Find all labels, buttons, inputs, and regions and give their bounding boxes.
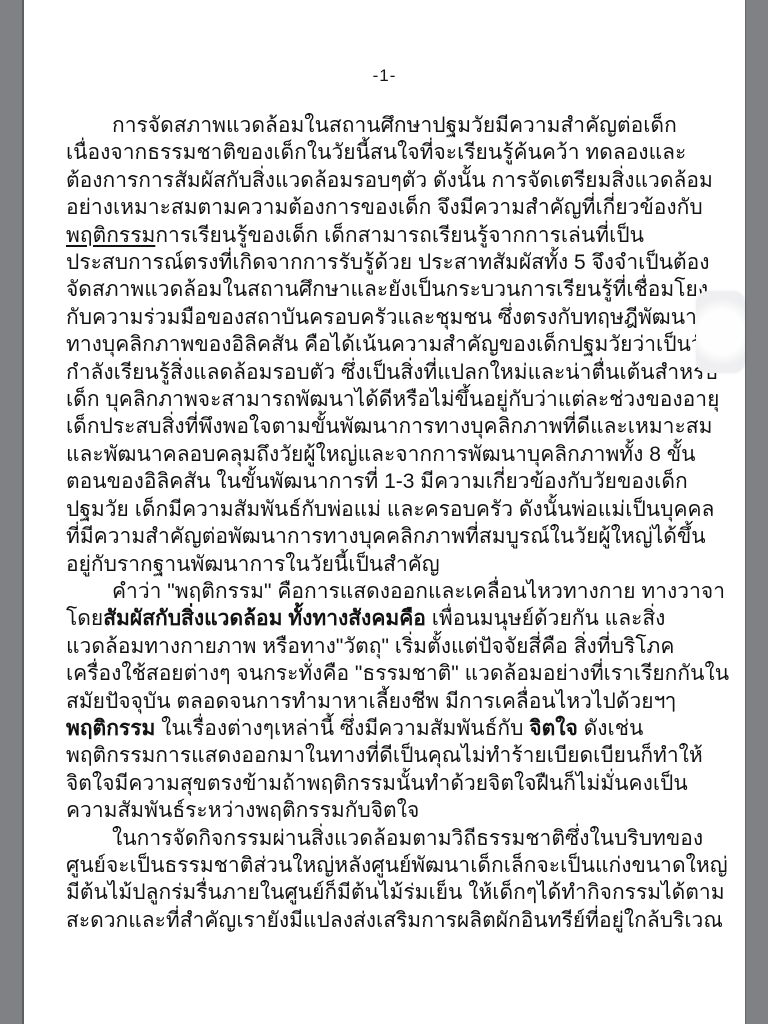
text-segment: กำลังเรียนรู้สิ่งแลดล้อมรอบตัว ซึ่งเป็นส… xyxy=(66,361,718,384)
text-line: อย่างเหมาะสมตามความต้องการของเด็ก จึงมีค… xyxy=(66,194,719,221)
bold-text: สัมผัสกับสิ่งแวดล้อม ทั้งทางสังคมคือ xyxy=(103,607,426,630)
text-line: เนื่องจากธรรมชาติของเด็กในวัยนี้สนใจที่จ… xyxy=(66,139,719,166)
text-segment: เนื่องจากธรรมชาติของเด็กในวัยนี้สนใจที่จ… xyxy=(66,141,686,164)
text-segment: ต้องการการสัมผัสกับสิ่งแวดล้อมรอบๆตัว ดั… xyxy=(66,169,713,192)
text-line: ศูนย์จะเป็นธรรมชาติส่วนใหญ่หลังศูนย์พัฒน… xyxy=(66,852,719,879)
text-segment: การจัดสภาพแวดล้อมในสถานศึกษาปฐมวัยมีความ… xyxy=(112,114,677,137)
text-segment: คำว่า "พฤติกรรม" คือการแสดงออกและเคลื่อน… xyxy=(112,580,725,603)
text-line: ที่มีความสำคัญต่อพัฒนาการทางบุคคลิกภาพที… xyxy=(66,523,719,550)
text-segment: ดังเช่น xyxy=(578,717,644,740)
text-line: เครื่องใช้สอยต่างๆ จนกระทั่งคือ "ธรรมชาต… xyxy=(66,660,719,687)
text-segment: จัดสภาพแวดล้อมในสถานศึกษาและยังเป็นกระบว… xyxy=(66,278,708,301)
text-line: สมัยปัจจุบัน ตลอดจนการทำมาหาเลี้ยงชีพ มี… xyxy=(66,688,719,715)
text-segment: และพัฒนาคลอบคลุมถึงวัยผู้ใหญ่และจากการพั… xyxy=(66,443,695,466)
text-line: พฤติกรรม ในเรื่องต่างๆเหล่านี้ ซึ่งมีควา… xyxy=(66,715,719,742)
text-line: และพัฒนาคลอบคลุมถึงวัยผู้ใหญ่และจากการพั… xyxy=(66,441,719,468)
text-segment: ปฐมวัย เด็กมีความสัมพันธ์กับพ่อแม่ และคร… xyxy=(66,498,714,521)
text-segment: สมัยปัจจุบัน ตลอดจนการทำมาหาเลี้ยงชีพ มี… xyxy=(66,690,676,713)
text-line: ต้องการการสัมผัสกับสิ่งแวดล้อมรอบๆตัว ดั… xyxy=(66,167,719,194)
text-line: มีต้นไม้ปลูกร่มรื่นภายในศูนย์ก็มีต้นไม้ร… xyxy=(66,879,719,906)
text-segment: ความสัมพันธ์ระหว่างพฤติกรรมกับจิตใจ xyxy=(66,799,419,822)
text-line: พฤติกรรมการเรียนรู้ของเด็ก เด็กสามารถเรี… xyxy=(66,222,719,249)
document-lines: การจัดสภาพแวดล้อมในสถานศึกษาปฐมวัยมีความ… xyxy=(66,112,719,934)
text-segment: จิตใจมีความสุขตรงข้ามถ้าพฤติกรรมนั้นทำด้… xyxy=(66,772,688,795)
text-segment: เด็ก บุคลิกภาพจะสามารถพัฒนาได้ดีหรือไม่ข… xyxy=(66,388,719,411)
text-line: ประสบการณ์ตรงที่เกิดจากการรับรู้ด้วย ประ… xyxy=(66,249,719,276)
text-line: พฤติกรรมการแสดงออกมาในทางที่ดีเป็นคุณไม่… xyxy=(66,742,719,769)
text-segment: กับความร่วมมือของสถาบันครอบครัวและชุมชน … xyxy=(66,306,733,329)
text-segment: ที่มีความสำคัญต่อพัฒนาการทางบุคคลิกภาพที… xyxy=(66,525,706,548)
underlined-text: พฤติกรรม xyxy=(66,224,155,247)
page-number: -1- xyxy=(24,66,745,86)
bold-text: พฤติกรรม xyxy=(66,717,155,740)
text-line: จิตใจมีความสุขตรงข้ามถ้าพฤติกรรมนั้นทำด้… xyxy=(66,770,719,797)
text-line: ความสัมพันธ์ระหว่างพฤติกรรมกับจิตใจ xyxy=(66,797,719,824)
text-segment: เครื่องใช้สอยต่างๆ จนกระทั่งคือ "ธรรมชาต… xyxy=(66,662,729,685)
text-line: อยู่กับรากฐานพัฒนาการในวัยนี้เป็นสำคัญ xyxy=(66,551,719,578)
text-segment: อยู่กับรากฐานพัฒนาการในวัยนี้เป็นสำคัญ xyxy=(66,553,440,576)
text-line: จัดสภาพแวดล้อมในสถานศึกษาและยังเป็นกระบว… xyxy=(66,276,719,303)
text-line: เด็ก บุคลิกภาพจะสามารถพัฒนาได้ดีหรือไม่ข… xyxy=(66,386,719,413)
text-segment: ในการจัดกิจกรรมผ่านสิ่งแวดล้อมตามวิถีธรร… xyxy=(112,827,703,850)
text-line: ในการจัดกิจกรรมผ่านสิ่งแวดล้อมตามวิถีธรร… xyxy=(66,825,719,852)
text-segment: เพื่อนมนุษย์ด้วยกัน และสิ่ง xyxy=(426,607,666,630)
text-line: คำว่า "พฤติกรรม" คือการแสดงออกและเคลื่อน… xyxy=(66,578,719,605)
document-page: -1- การจัดสภาพแวดล้อมในสถานศึกษาปฐมวัยมี… xyxy=(22,0,746,1024)
text-segment: ตอนของอิลิคสัน ในขั้นพัฒนาการที่ 1-3 มีค… xyxy=(66,470,688,493)
text-segment: ในเรื่องต่างๆเหล่านี้ ซึ่งมีความสัมพันธ์… xyxy=(155,717,529,740)
scroll-handle[interactable] xyxy=(696,291,745,373)
bold-text: จิตใจ xyxy=(529,717,578,740)
text-line: กับความร่วมมือของสถาบันครอบครัวและชุมชน … xyxy=(66,304,719,331)
text-segment: สะดวกและที่สำคัญเรายังมีแปลงส่งเสริมการผ… xyxy=(66,909,723,932)
text-segment: ศูนย์จะเป็นธรรมชาติส่วนใหญ่หลังศูนย์พัฒน… xyxy=(66,854,728,877)
text-line: โดยสัมผัสกับสิ่งแวดล้อม ทั้งทางสังคมคือ … xyxy=(66,605,719,632)
text-segment: การเรียนรู้ของเด็ก เด็กสามารถเรียนรู้จาก… xyxy=(155,224,644,247)
text-line: กำลังเรียนรู้สิ่งแลดล้อมรอบตัว ซึ่งเป็นส… xyxy=(66,359,719,386)
text-line: ปฐมวัย เด็กมีความสัมพันธ์กับพ่อแม่ และคร… xyxy=(66,496,719,523)
text-segment: แวดล้อมทางกายภาพ หรือทาง"วัตถุ" เริ่มตั้… xyxy=(66,635,674,658)
text-segment: เด็กประสบสิ่งที่พึงพอใจตามขั้นพัฒนาการทา… xyxy=(66,415,712,438)
text-line: เด็กประสบสิ่งที่พึงพอใจตามขั้นพัฒนาการทา… xyxy=(66,413,719,440)
text-line: การจัดสภาพแวดล้อมในสถานศึกษาปฐมวัยมีความ… xyxy=(66,112,719,139)
text-segment: มีต้นไม้ปลูกร่มรื่นภายในศูนย์ก็มีต้นไม้ร… xyxy=(66,881,725,904)
document-viewer: -1- การจัดสภาพแวดล้อมในสถานศึกษาปฐมวัยมี… xyxy=(0,0,768,1024)
text-line: ตอนของอิลิคสัน ในขั้นพัฒนาการที่ 1-3 มีค… xyxy=(66,468,719,495)
text-segment: อย่างเหมาะสมตามความต้องการของเด็ก จึงมีค… xyxy=(66,196,703,219)
text-segment: ทางบุคลิกภาพของอิลิคสัน คือได้เน้นความสำ… xyxy=(66,333,729,356)
text-line: ทางบุคลิกภาพของอิลิคสัน คือได้เน้นความสำ… xyxy=(66,331,719,358)
text-line: แวดล้อมทางกายภาพ หรือทาง"วัตถุ" เริ่มตั้… xyxy=(66,633,719,660)
text-line: สะดวกและที่สำคัญเรายังมีแปลงส่งเสริมการผ… xyxy=(66,907,719,934)
text-segment: โดย xyxy=(66,607,103,630)
text-segment: พฤติกรรมการแสดงออกมาในทางที่ดีเป็นคุณไม่… xyxy=(66,744,703,767)
text-segment: ประสบการณ์ตรงที่เกิดจากการรับรู้ด้วย ประ… xyxy=(66,251,710,274)
